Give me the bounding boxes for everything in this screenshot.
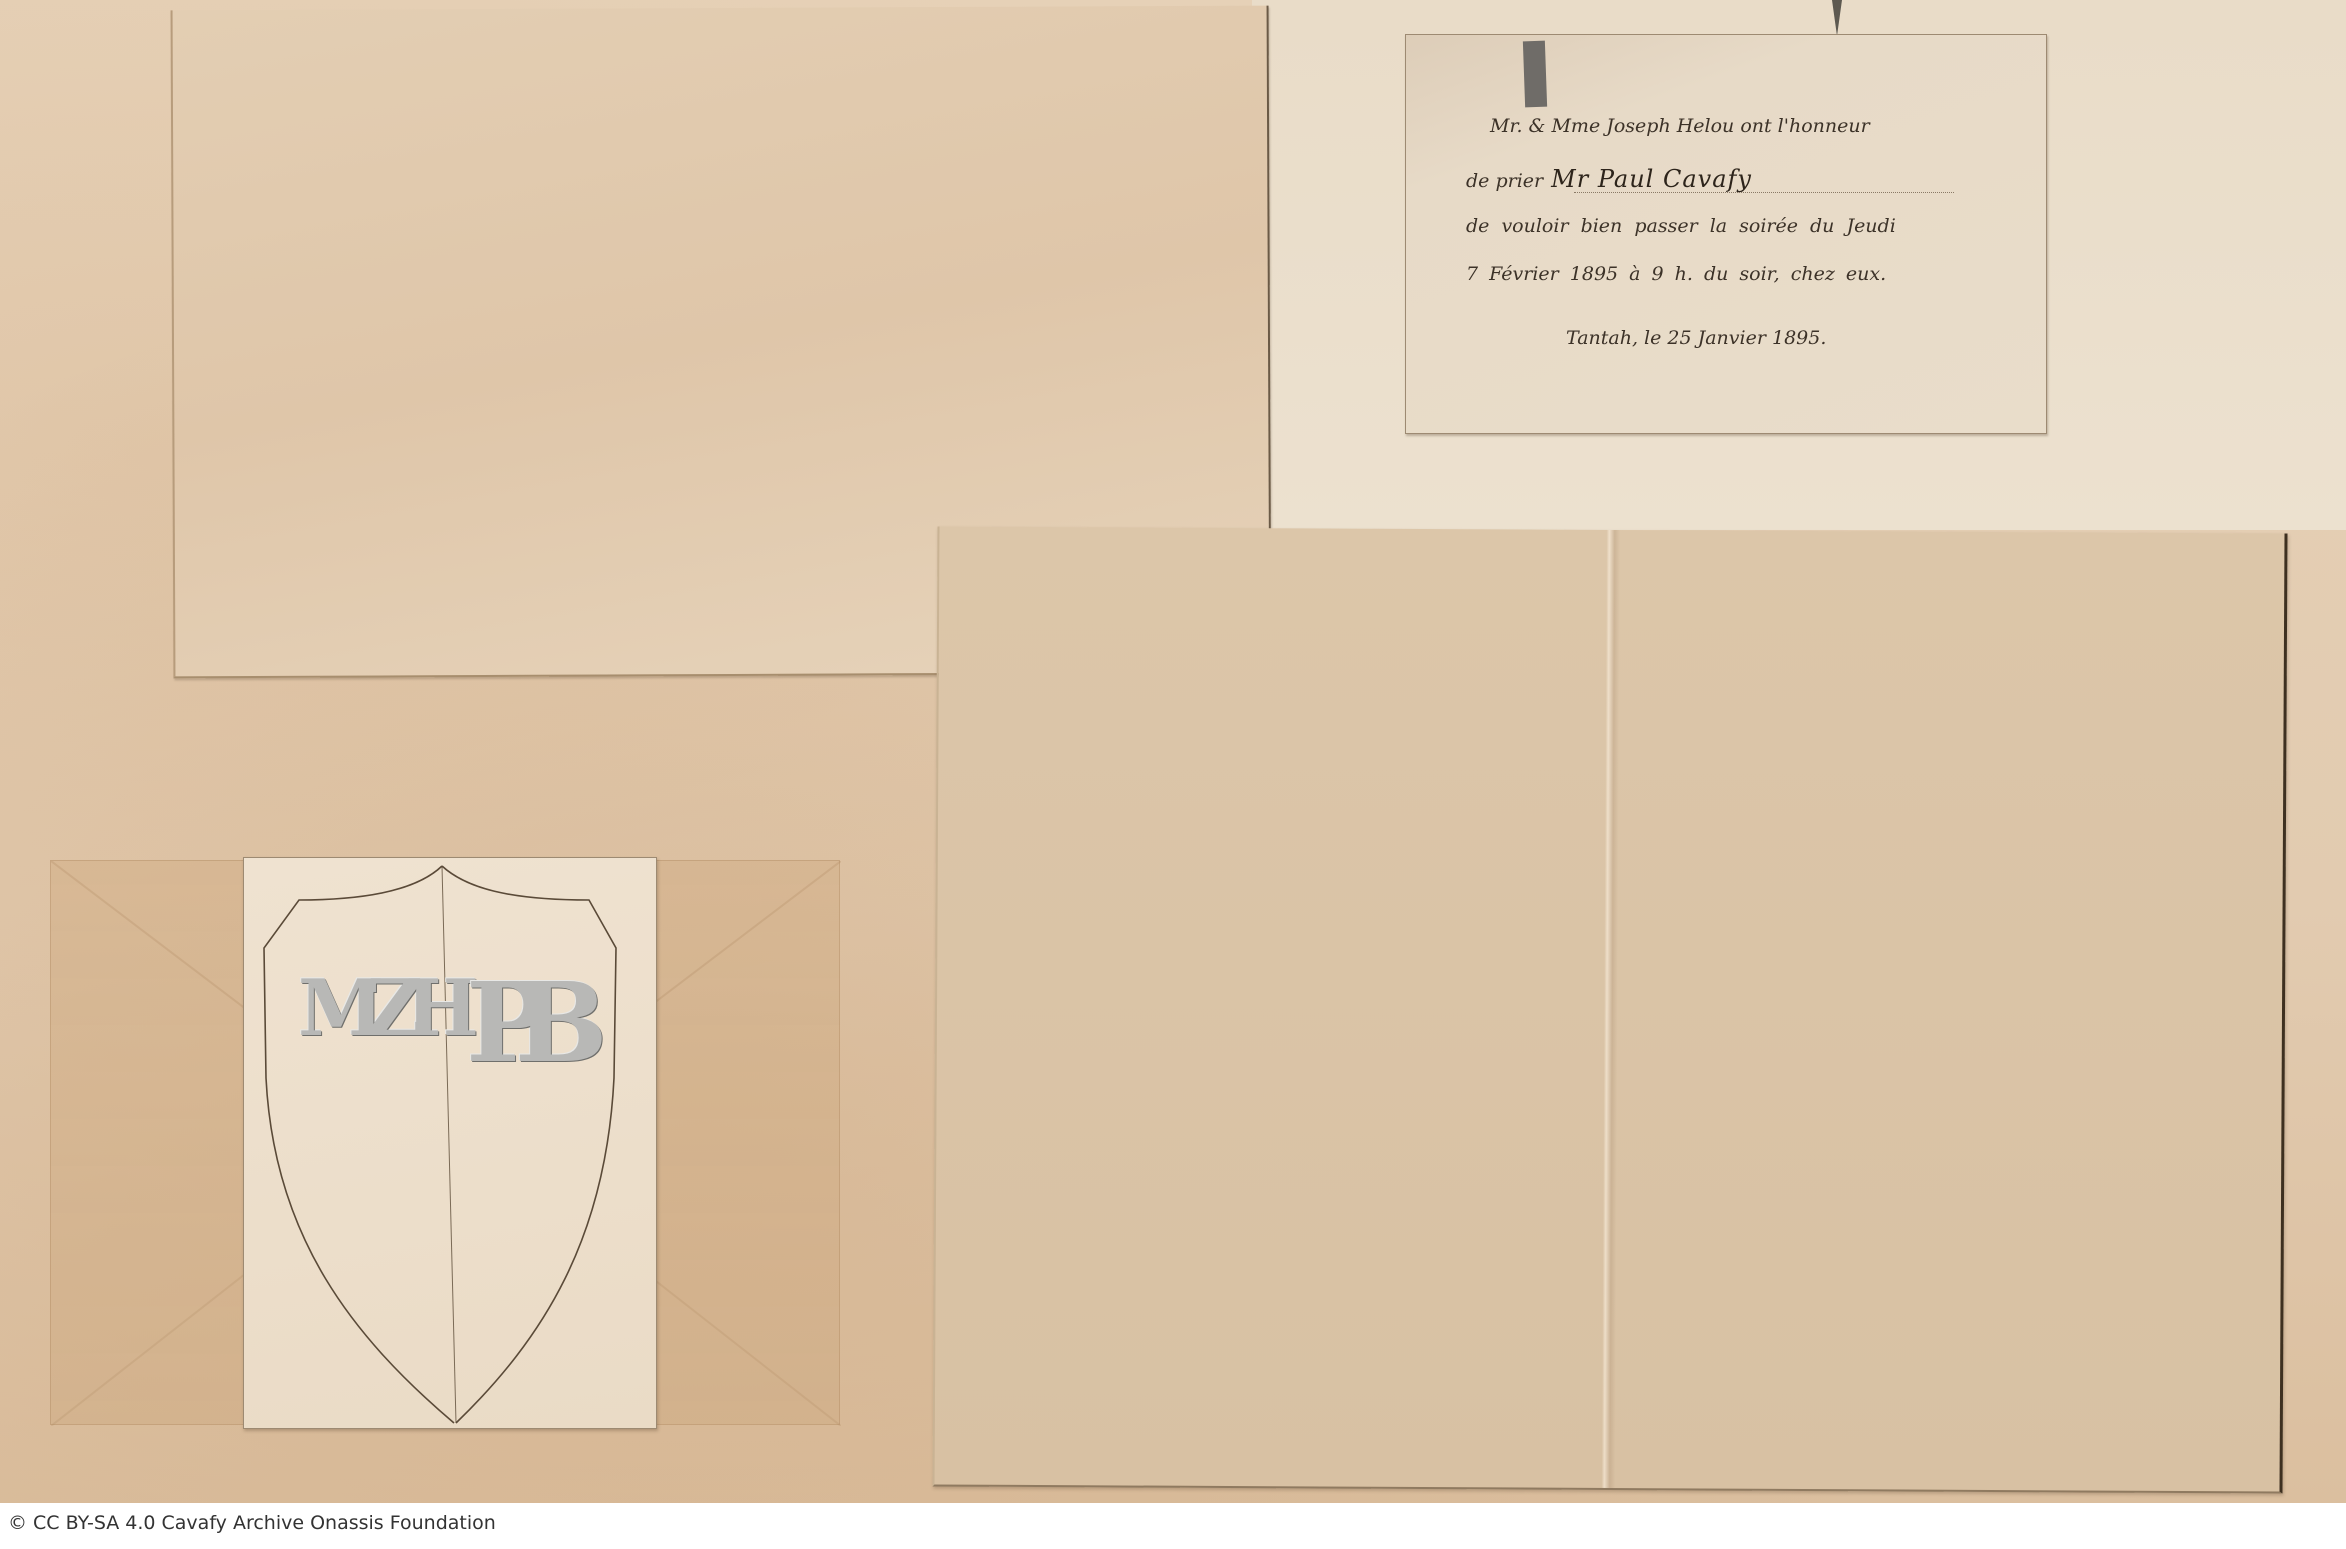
shield-outline-icon <box>244 858 658 1430</box>
invitation-text: Mr. & Mme Joseph Helou ont l'honneur de … <box>1406 35 2046 433</box>
invitation-place-date: Tantah, le 25 Janvier 1895. <box>1566 327 1826 349</box>
monogram-card: MZH PB <box>243 857 657 1429</box>
invitation-line-4: 7 Février 1895 à 9 h. du soir, chez eux. <box>1466 263 1886 285</box>
monogram-right: PB <box>466 968 574 1078</box>
monogram-left: MZH <box>298 970 461 1048</box>
invitation-prefix: de prier <box>1466 170 1543 192</box>
invitation-line-3: de vouloir bien passer la soirée du Jeud… <box>1466 215 1896 237</box>
folded-sheet <box>932 526 2287 1493</box>
invitation-line-1: Mr. & Mme Joseph Helou ont l'honneur <box>1490 115 1870 137</box>
copyright-caption: © CC BY-SA 4.0 Cavafy Archive Onassis Fo… <box>8 1512 496 1534</box>
invitation-line-2: de prier Mr Paul Cavafy <box>1466 165 1752 193</box>
document-scan: Mr. & Mme Joseph Helou ont l'honneur de … <box>0 0 2346 1503</box>
invitation-card: Mr. & Mme Joseph Helou ont l'honneur de … <box>1405 34 2047 434</box>
pin-icon <box>1832 0 1842 36</box>
handwritten-name: Mr Paul Cavafy <box>1551 165 1752 193</box>
dotted-line <box>1574 192 1954 193</box>
